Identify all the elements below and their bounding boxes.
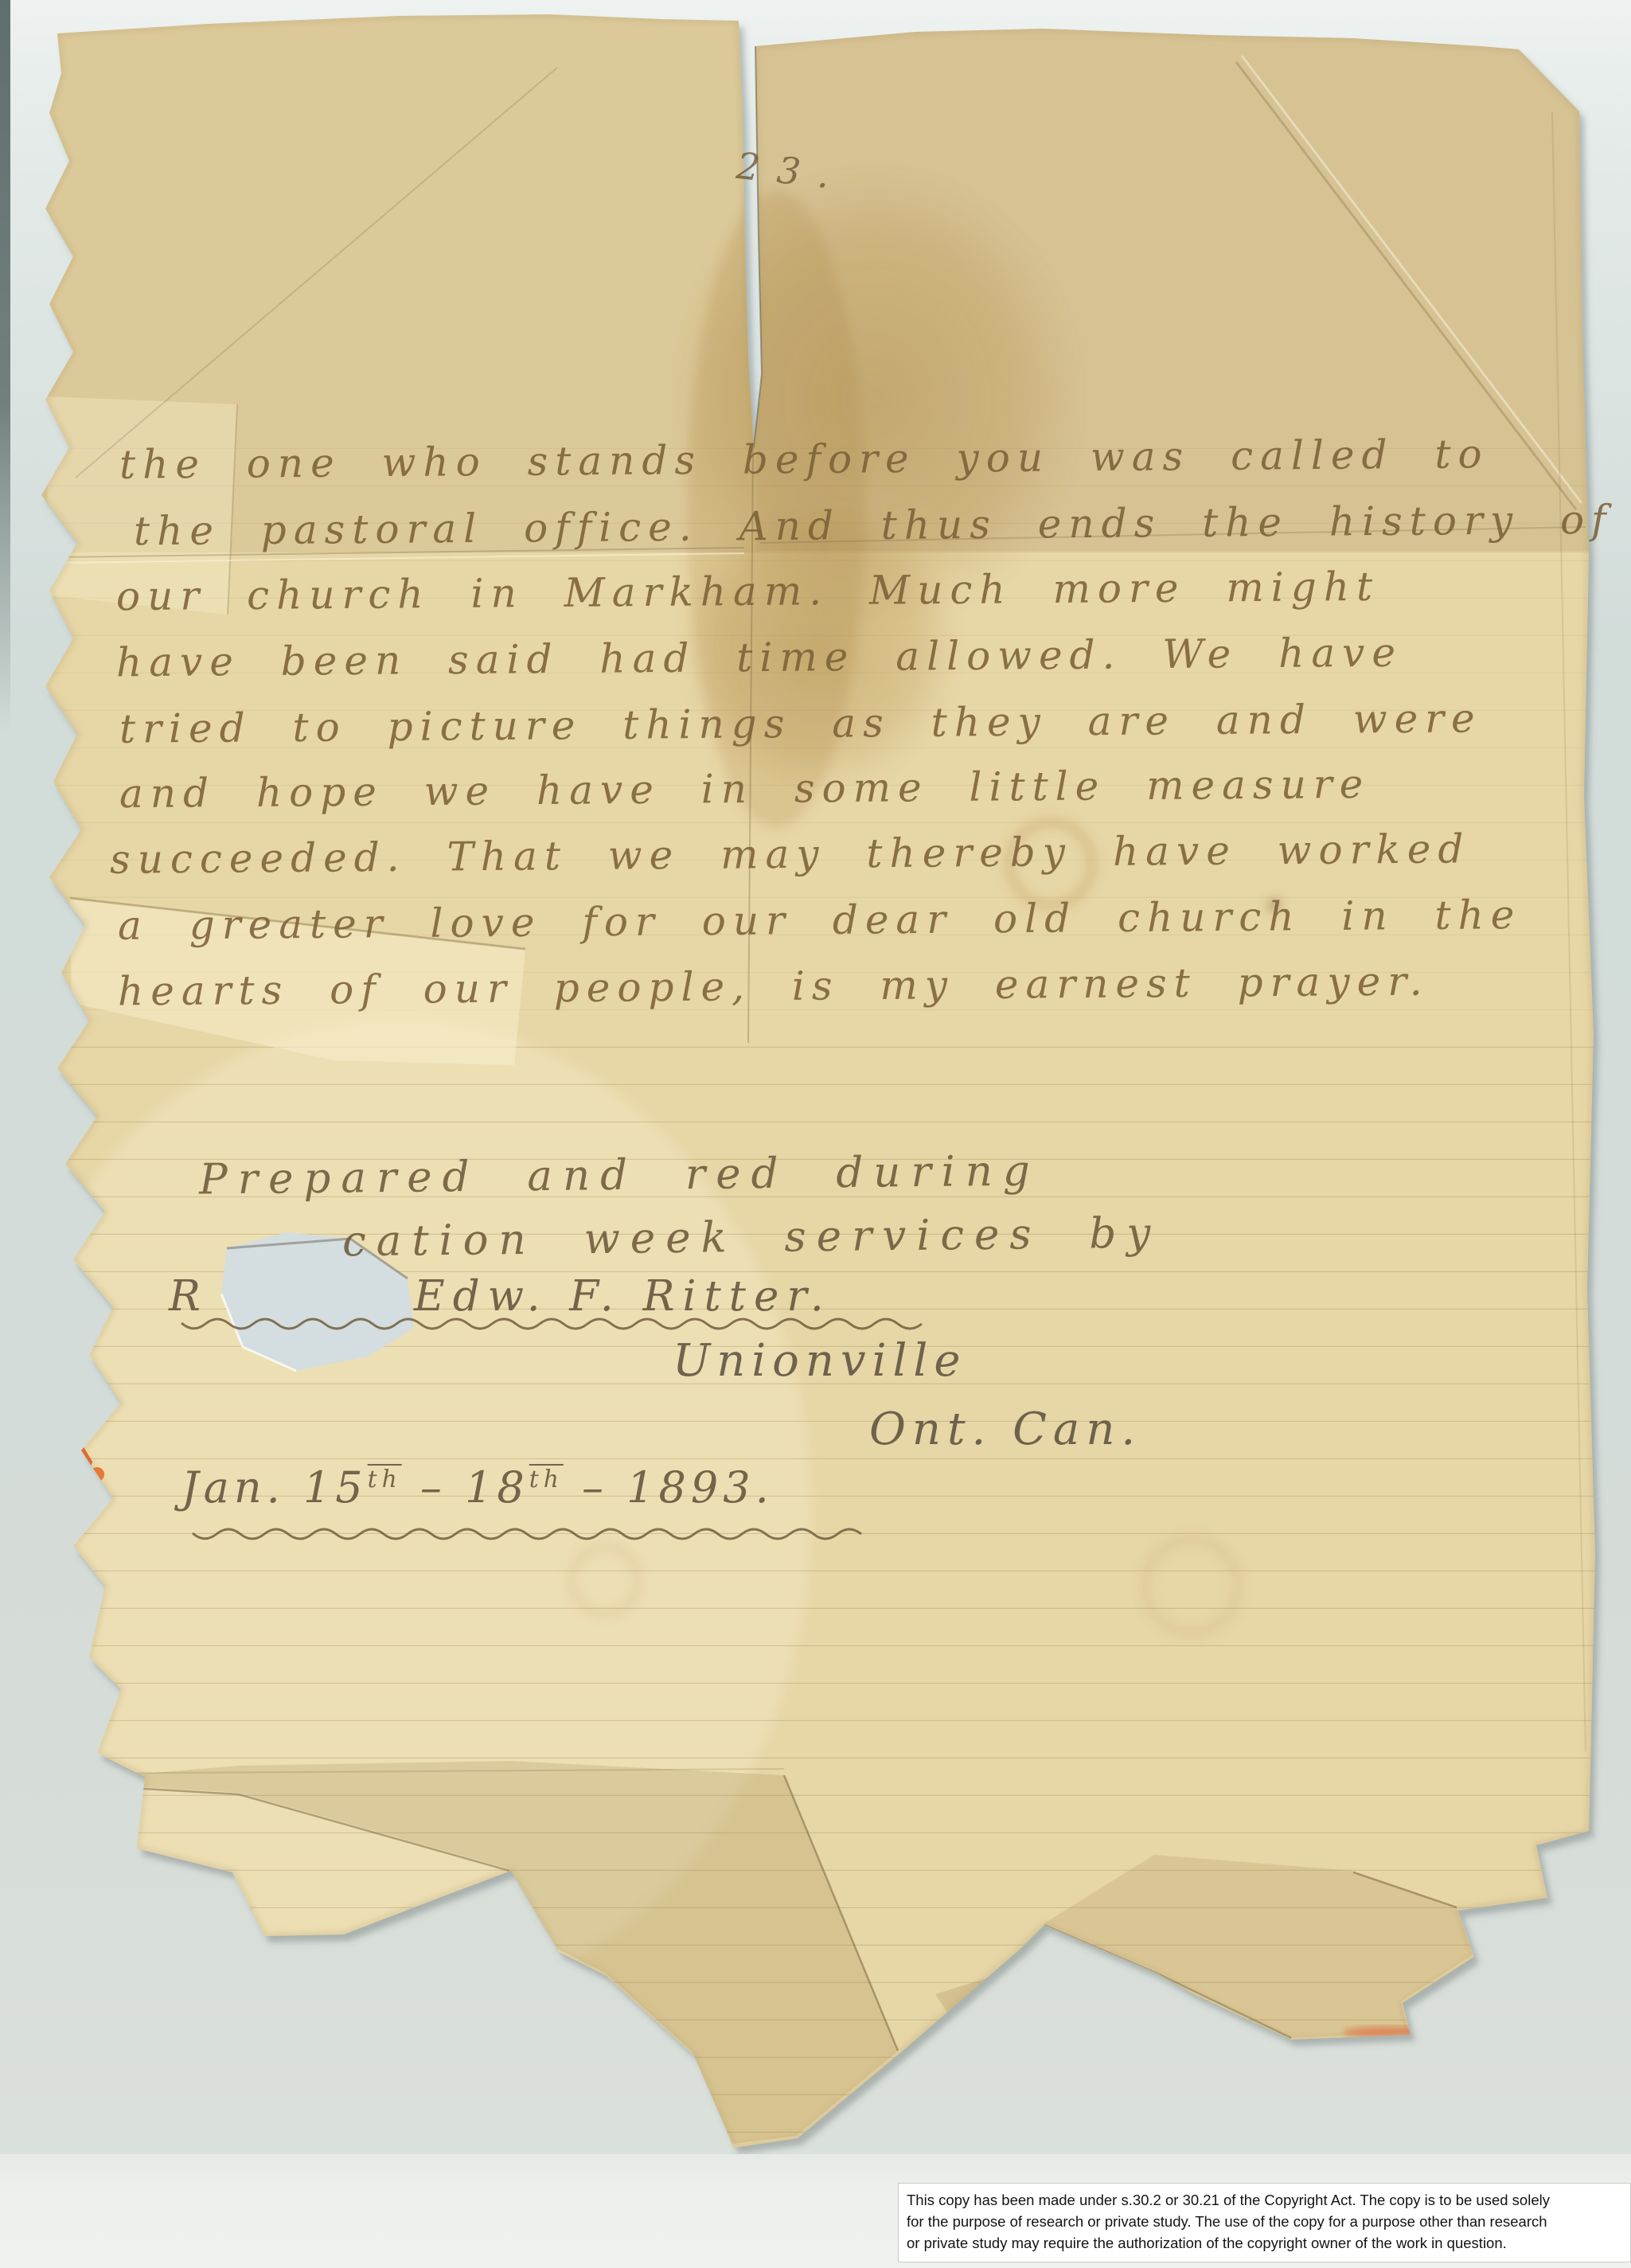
handwritten-line-7: succeeded. That we may thereby have work… bbox=[110, 829, 1471, 879]
place-ont-can: Ont. Can. bbox=[869, 1407, 1141, 1452]
copyright-line-2: for the purpose of research or private s… bbox=[907, 2211, 1622, 2232]
copyright-line-3: or private study may require the authori… bbox=[907, 2232, 1622, 2254]
handwritten-line-9: hearts of our people, is my earnest pray… bbox=[118, 962, 1430, 1012]
date-part-2: – 18 bbox=[402, 1462, 529, 1513]
place-unionville: Unionville bbox=[673, 1339, 966, 1384]
handwritten-line-5: tried to picture things as they are and … bbox=[119, 698, 1482, 748]
copyright-line-1: This copy has been made under s.30.2 or … bbox=[907, 2189, 1622, 2211]
date-line: Jan. 15th – 18th – 1893. bbox=[181, 1466, 774, 1509]
letter-paper-graphic bbox=[0, 0, 1631, 2268]
date-part-3: – 1893. bbox=[564, 1462, 774, 1513]
orange-wax-dot bbox=[90, 1467, 104, 1481]
handwritten-line-6: and hope we have in some little measure bbox=[119, 764, 1371, 814]
orange-wax-mark-lower bbox=[30, 1438, 92, 1490]
handwritten-line-2: the pastoral office. And thus ends the h… bbox=[134, 500, 1613, 552]
copyright-notice: This copy has been made under s.30.2 or … bbox=[898, 2183, 1631, 2262]
closing-line-1: Prepared and red during bbox=[199, 1150, 1040, 1200]
paper-texture-details bbox=[0, 0, 1631, 2156]
handwritten-line-8: a greater love for our dear old church i… bbox=[118, 895, 1522, 946]
handwritten-line-1: the one who stands before you was called… bbox=[119, 434, 1489, 485]
closing-line-2: cation week services by bbox=[342, 1212, 1161, 1263]
page-number: 23. bbox=[735, 147, 849, 195]
handwritten-line-3: our church in Markham. Much more might bbox=[116, 567, 1379, 616]
signature-name: Edw. F. Ritter. bbox=[414, 1275, 832, 1317]
date-sup-2: th bbox=[529, 1466, 564, 1493]
handwritten-line-4: have been said had time allowed. We have bbox=[116, 633, 1403, 683]
signature-prefix: R bbox=[169, 1275, 209, 1317]
date-sup-1: th bbox=[368, 1466, 402, 1493]
date-part-1: Jan. 15 bbox=[181, 1462, 368, 1513]
scanned-letter-page: 23. the one who stands before you was ca… bbox=[0, 0, 1631, 2268]
